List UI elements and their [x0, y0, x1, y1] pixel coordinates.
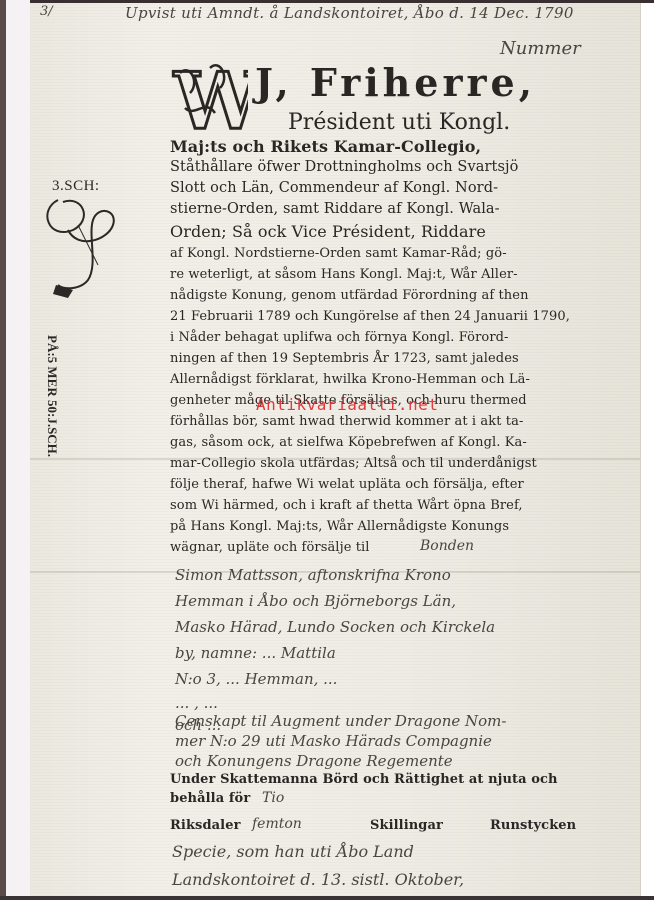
- printed-line: Slott och Län, Commendeur af Kongl. Nord…: [170, 180, 498, 196]
- top-handwritten-note: Upvist uti Amndt. å Landskontoiret, Åbo …: [125, 4, 574, 22]
- printed-line: Allernådigst förklarat, hwilka Krono-Hem…: [170, 372, 530, 387]
- printed-line: af Kongl. Nordstierne-Orden samt Kamar-R…: [170, 246, 507, 261]
- handwritten-line: Specie, som han uti Åbo Land: [172, 842, 414, 861]
- printed-line: Skillingar: [370, 818, 443, 833]
- printed-line: på Hans Kongl. Maj:ts, Wår Allernådigste…: [170, 519, 509, 534]
- handwritten-line: Hemman i Åbo och Björneborgs Län,: [175, 592, 456, 610]
- printed-line: Runstycken: [490, 818, 576, 833]
- printed-line: Riksdaler: [170, 818, 241, 833]
- frame-left-light: [6, 0, 30, 900]
- owner-note: Nummer: [500, 38, 581, 59]
- paper-stamp: PÅ:5 MER 50:J.SCH.: [44, 335, 60, 457]
- frame-bottom: [0, 896, 654, 900]
- printed-line: stierne-Orden, samt Riddare af Kongl. Wa…: [170, 201, 500, 217]
- heading-subtitle: Président uti Kongl.: [288, 110, 510, 135]
- printed-line: följe theraf, hafwe Wi welat upläta och …: [170, 477, 524, 492]
- corner-mark: 3/: [40, 4, 53, 19]
- handwritten-line: och Konungens Dragone Regemente: [175, 752, 453, 770]
- printed-line: ningen af then 19 Septembris År 1723, sa…: [170, 351, 519, 366]
- printed-line: nådigste Konung, genom utfärdad Förordni…: [170, 288, 529, 303]
- printed-line: mar-Collegio skola utfärdas; Altså och t…: [170, 456, 537, 471]
- printed-line: som Wi härmed, och i kraft af thetta Wår…: [170, 498, 523, 513]
- handwritten-line: N:o 3, ... Hemman, ...: [175, 670, 337, 688]
- printed-line: förhållas bör, samt hwad therwid kommer …: [170, 414, 523, 429]
- handwritten-line: by, namne: ... Mattila: [175, 644, 336, 662]
- handwritten-line: Masko Härad, Lundo Socken och Kirckela: [175, 618, 495, 636]
- heading-title: J, Friherre,: [255, 60, 536, 105]
- handwritten-line: Simon Mattsson, aftonskrifna Krono: [175, 566, 451, 584]
- handwritten-inline: femton: [252, 816, 302, 832]
- handwritten-line: Censkapt til Augment under Dragone Nom-: [175, 712, 506, 730]
- printed-line: Orden; Så ock Vice Président, Riddare: [170, 222, 486, 241]
- handwritten-inline: Bonden: [420, 538, 474, 554]
- printed-line: wägnar, upläte och försälje til: [170, 540, 370, 555]
- printed-line: re weterligt, at såsom Hans Kongl. Maj:t…: [170, 267, 518, 282]
- handwritten-line: ... , ...: [175, 694, 218, 712]
- handwritten-line: Landskontoiret d. 13. sistl. Oktober,: [172, 870, 464, 889]
- printed-line: Ståthållare öfwer Drottningholms och Sva…: [170, 159, 518, 175]
- printed-line: behålla för: [170, 791, 250, 806]
- signature-flourish-icon: [38, 190, 128, 300]
- printed-line: 21 Februarii 1789 och Kungörelse af then…: [170, 309, 570, 324]
- printed-line: Under Skattemanna Börd och Rättighet at …: [170, 772, 558, 787]
- watermark: Antikvariaatti.net: [256, 395, 438, 414]
- printed-line: gas, såsom ock, at sielfwa Köpebrefwen a…: [170, 435, 527, 450]
- printed-line: Maj:ts och Rikets Kamar-Collegio,: [170, 137, 481, 156]
- printed-line: i Nåder behagat uplifwa och förnya Kongl…: [170, 330, 509, 345]
- ornamental-initial-icon: W: [170, 58, 248, 140]
- handwritten-line: mer N:o 29 uti Masko Härads Compagnie: [175, 732, 492, 750]
- handwritten-inline: Tio: [262, 790, 284, 806]
